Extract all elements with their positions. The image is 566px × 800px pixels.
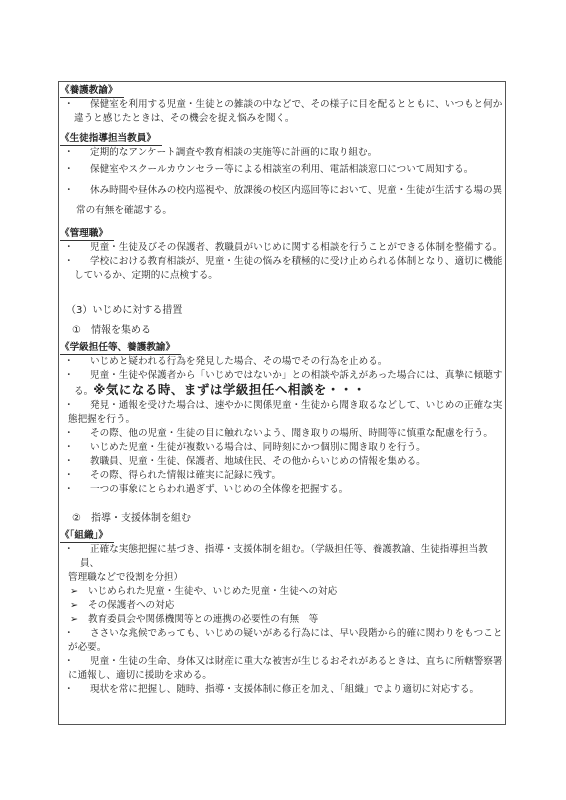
bullet-icon: ・ <box>64 181 74 201</box>
document-body: 《養護教諭》 ・ 保健室を利用する児童・生徒との雑談の中などで、その様子に目を配… <box>62 84 504 697</box>
bullet-icon: ・ <box>64 369 74 383</box>
section-heading: 《「組織」》 <box>60 529 114 543</box>
list-item: ・ いじめと疑われる行為を発見した場合、その場でその行為を止める。 <box>62 355 504 369</box>
item-text: 児童・生徒及びその保護者、教職員がいじめに関する相談を行うことができる体制を整備… <box>80 242 503 253</box>
item-text: 正確な実態把握に基づき、指導・支援体制を組む。（学級担任等、養護教諭、生徒指導担… <box>80 544 488 569</box>
bullet-icon: ・ <box>64 163 74 177</box>
arrow-item-text: その保護者への対応 <box>88 600 174 611</box>
item-text-cont: が必要。 <box>68 642 106 653</box>
item-text: その際、得られた情報は確実に記録に残す。 <box>80 470 281 481</box>
item-text: その際、他の児童・生徒の目に触れないよう、聞き取りの場所、時間等に慎重な配慮を行… <box>80 428 493 439</box>
item-text-cont: 常の有無を確認する。 <box>76 205 172 216</box>
item-text: 学校における教育相談が、児童・生徒の悩みを積極的に受け止められる体制となり、適切… <box>80 256 503 267</box>
section-heading: 《管理職》 <box>60 227 114 241</box>
item-text: 発見・通報を受けた場合は、速やかに関係児童・生徒から聞き取るなどして、いじめの正… <box>80 400 502 411</box>
item-text-cont: る。 <box>74 386 93 397</box>
subsection-title: ② 指導・支援体制を組む <box>62 511 504 527</box>
item-text: 児童・生徒や保護者から「いじめではないか」との相談や訴えがあった場合には、真摯に… <box>80 370 502 381</box>
item-text-cont: に通報し、適切に援助を求める。 <box>68 670 212 681</box>
section-measures: （3）いじめに対する措置 ① 情報を集める 《学級担任等、養護教諭》 ・ いじめ… <box>62 303 504 697</box>
list-item: ・ 児童・生徒の生命、身体又は財産に重大な被害が生じるおそれがあるときは、直ちに… <box>62 655 504 683</box>
item-text-cont: 態把握を行う。 <box>68 414 135 425</box>
section-title: （3）いじめに対する措置 <box>62 303 504 319</box>
bullet-icon: ・ <box>64 355 74 369</box>
bullet-icon: ・ <box>64 399 74 413</box>
bullet-icon: ・ <box>64 98 74 112</box>
bullet-icon: ・ <box>64 441 74 455</box>
bullet-icon: ・ <box>64 655 74 669</box>
arrow-item-text: 教育委員会や関係機関等との連携の必要性の有無 等 <box>88 614 318 625</box>
section-yogo: 《養護教諭》 ・ 保健室を利用する児童・生徒との雑談の中などで、その様子に目を配… <box>62 84 504 126</box>
list-item: ・ 一つの事象にとらわれ過ぎず、いじめの全体像を把握する。 <box>62 483 504 497</box>
list-item: ・ その際、他の児童・生徒の目に触れないよう、聞き取りの場所、時間等に慎重な配慮… <box>62 427 504 441</box>
bullet-icon: ・ <box>64 241 74 255</box>
list-item: ・ いじめた児童・生徒が複数いる場合は、同時刻にかつ個別に聞き取りを行う。 <box>62 441 504 455</box>
bullet-icon: ・ <box>64 483 74 497</box>
list-item: ・ 児童・生徒及びその保護者、教職員がいじめに関する相談を行うことができる体制を… <box>62 241 504 255</box>
item-text: 現状を常に把握し、随時、指導・支援体制に修正を加え、「組織」でより適切に対応する… <box>80 684 479 695</box>
section-heading: 《生徒指導担当教員》 <box>60 132 162 146</box>
list-item: ・ 発見・通報を受けた場合は、速やかに関係児童・生徒から聞き取るなどして、いじめ… <box>62 399 504 427</box>
list-item: ・ 学校における教育相談が、児童・生徒の悩みを積極的に受け止められる体制となり、… <box>62 255 504 283</box>
bullet-icon: ・ <box>64 683 74 697</box>
list-item: ・ その際、得られた情報は確実に記録に残す。 <box>62 469 504 483</box>
bullet-icon: ・ <box>64 469 74 483</box>
section-kanri: 《管理職》 ・ 児童・生徒及びその保護者、教職員がいじめに関する相談を行うことが… <box>62 227 504 283</box>
list-item: ・ 正確な実態把握に基づき、指導・支援体制を組む。（学級担任等、養護教諭、生徒指… <box>62 543 504 585</box>
item-text-cont: 管理職などで役割を分担） <box>68 572 183 583</box>
item-text: 休み時間や昼休みの校内巡視や、放課後の校区内巡回等において、児童・生徒が生活する… <box>80 185 502 196</box>
arrow-item-text: いじめられた児童・生徒や、いじめた児童・生徒への対応 <box>88 586 337 597</box>
list-item: ・ 教職員、児童・生徒、保護者、地域住民、その他からいじめの情報を集める。 <box>62 455 504 469</box>
subsection-title: ① 情報を集める <box>62 323 504 339</box>
item-text: いじめと疑われる行為を発見した場合、その場でその行為を止める。 <box>80 356 387 367</box>
bullet-icon: ・ <box>64 427 74 441</box>
item-text: 児童・生徒の生命、身体又は財産に重大な被害が生じるおそれがあるときは、直ちに所轄… <box>80 656 503 667</box>
section-heading: 《学級担任等、養護教諭》 <box>60 341 181 355</box>
arrow-bullet-icon: ➢ <box>70 599 78 613</box>
item-text: 保健室やスクールカウンセラー等による相談室の利用、電話相談窓口について周知する。 <box>80 164 473 175</box>
item-text: いじめた児童・生徒が複数いる場合は、同時刻にかつ個別に聞き取りを行う。 <box>80 442 426 453</box>
item-text-cont: しているか、定期的に点検する。 <box>74 270 218 281</box>
list-item: ・ 定期的なアンケート調査や教育相談の実施等に計画的に取り組む。 <box>62 146 504 160</box>
section-seito: 《生徒指導担当教員》 ・ 定期的なアンケート調査や教育相談の実施等に計画的に取り… <box>62 132 504 221</box>
arrow-item: ➢ いじめられた児童・生徒や、いじめた児童・生徒への対応 <box>62 585 504 599</box>
arrow-item: ➢ 教育委員会や関係機関等との連携の必要性の有無 等 <box>62 613 504 627</box>
arrow-bullet-icon: ➢ <box>70 613 78 627</box>
section-heading: 《養護教諭》 <box>60 84 124 98</box>
item-text: 保健室を利用する児童・生徒との雑談の中などで、その様子に目を配るとともに、いつも… <box>80 99 502 110</box>
emphasis-note: ※気になる時、まずは学級担任へ相談を・・・ <box>93 382 366 397</box>
list-item: ・ 休み時間や昼休みの校内巡視や、放課後の校区内巡回等において、児童・生徒が生活… <box>62 181 504 221</box>
arrow-bullet-icon: ➢ <box>70 585 78 599</box>
item-text: 定期的なアンケート調査や教育相談の実施等に計画的に取り組む。 <box>80 147 377 158</box>
bullet-icon: ・ <box>64 255 74 269</box>
item-text: 教職員、児童・生徒、保護者、地域住民、その他からいじめの情報を集める。 <box>80 456 426 467</box>
list-item: ・ ささいな兆候であっても、いじめの疑いがある行為には、早い段階から的確に関わり… <box>62 627 504 655</box>
list-item: ・ 保健室を利用する児童・生徒との雑談の中などで、その様子に目を配るとともに、い… <box>62 98 504 126</box>
bullet-icon: ・ <box>64 455 74 469</box>
list-item: ・ 現状を常に把握し、随時、指導・支援体制に修正を加え、「組織」でより適切に対応… <box>62 683 504 697</box>
bullet-icon: ・ <box>64 627 74 641</box>
item-text-cont: 違うと感じたときは、その機会を捉え悩みを聞く。 <box>74 113 294 124</box>
bullet-icon: ・ <box>64 146 74 160</box>
item-text: ささいな兆候であっても、いじめの疑いがある行為には、早い段階から的確に関わりをも… <box>80 628 502 639</box>
item-text: 一つの事象にとらわれ過ぎず、いじめの全体像を把握する。 <box>80 484 348 495</box>
list-item: ・ 保健室やスクールカウンセラー等による相談室の利用、電話相談窓口について周知す… <box>62 163 504 177</box>
list-item: ・ 児童・生徒や保護者から「いじめではないか」との相談や訴えがあった場合には、真… <box>62 369 504 399</box>
arrow-item: ➢ その保護者への対応 <box>62 599 504 613</box>
bullet-icon: ・ <box>64 543 74 557</box>
